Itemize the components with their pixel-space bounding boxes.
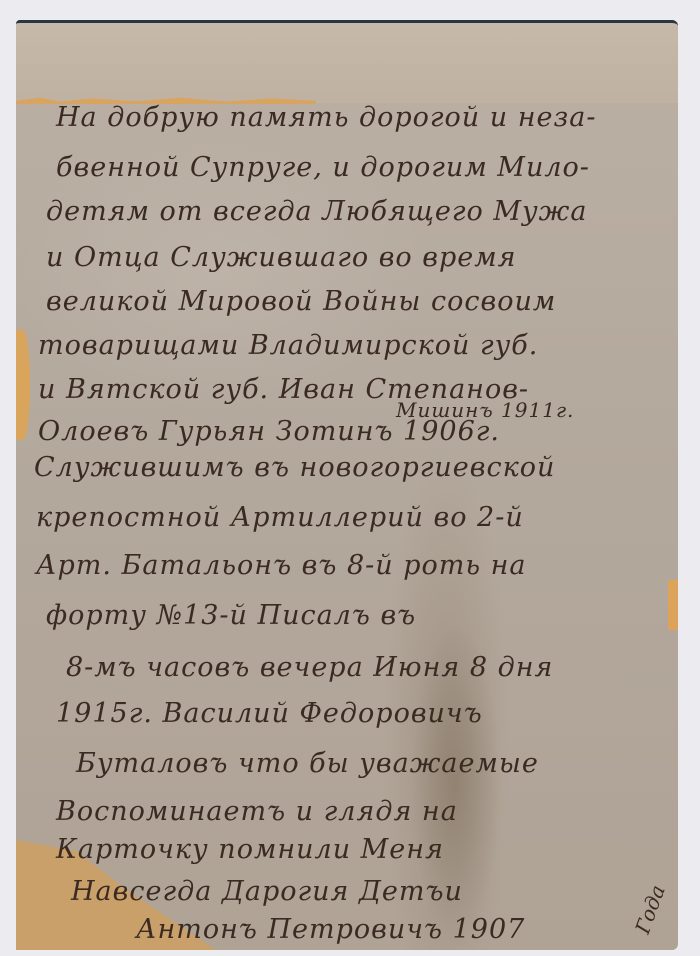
handwritten-line: Антонъ Петровичъ 1907 — [136, 914, 525, 945]
handwritten-line: Олоевъ Гурьян Зотинъ 1906г. — [38, 416, 500, 447]
handwritten-line: 1915г. Василий Федоровичъ — [56, 698, 483, 729]
handwritten-line: Служившимъ въ новогоргиевской — [34, 452, 555, 483]
handwritten-line: 8-мъ часовъ вечера Июня 8 дня — [66, 652, 553, 683]
handwritten-line: На добрую память дорогой и неза- — [56, 102, 596, 133]
handwritten-line: и Отца Служившаго во время — [46, 242, 517, 273]
margin-note: Года — [630, 882, 670, 937]
handwritten-line: бвенной Супруге, и дорогим Мило- — [56, 152, 590, 183]
handwritten-line: Навсегда Дарогия Детъи — [71, 876, 463, 907]
handwritten-line: форту №13-й Писалъ въ — [46, 600, 416, 631]
edge-stain-right — [668, 580, 678, 630]
edge-stain-left — [16, 330, 30, 440]
torn-top-surface — [16, 20, 678, 103]
handwritten-line: Буталовъ что бы уважаемые — [76, 748, 539, 779]
handwritten-line: Карточку помнили Меня — [56, 834, 444, 865]
handwritten-line: Арт. Батальонъ въ 8-й роть на — [36, 550, 527, 581]
postcard: На добрую память дорогой и неза- бвенной… — [16, 20, 678, 950]
handwritten-line: Воспоминаетъ и глядя на — [56, 796, 458, 827]
handwritten-line: товарищами Владимирской губ. — [38, 330, 538, 361]
handwritten-line: детям от всегда Любящего Мужа — [46, 196, 587, 227]
handwritten-line: великой Мировой Войны сосвоим — [46, 286, 556, 317]
handwritten-line: крепостной Артиллерий во 2-й — [36, 502, 524, 533]
